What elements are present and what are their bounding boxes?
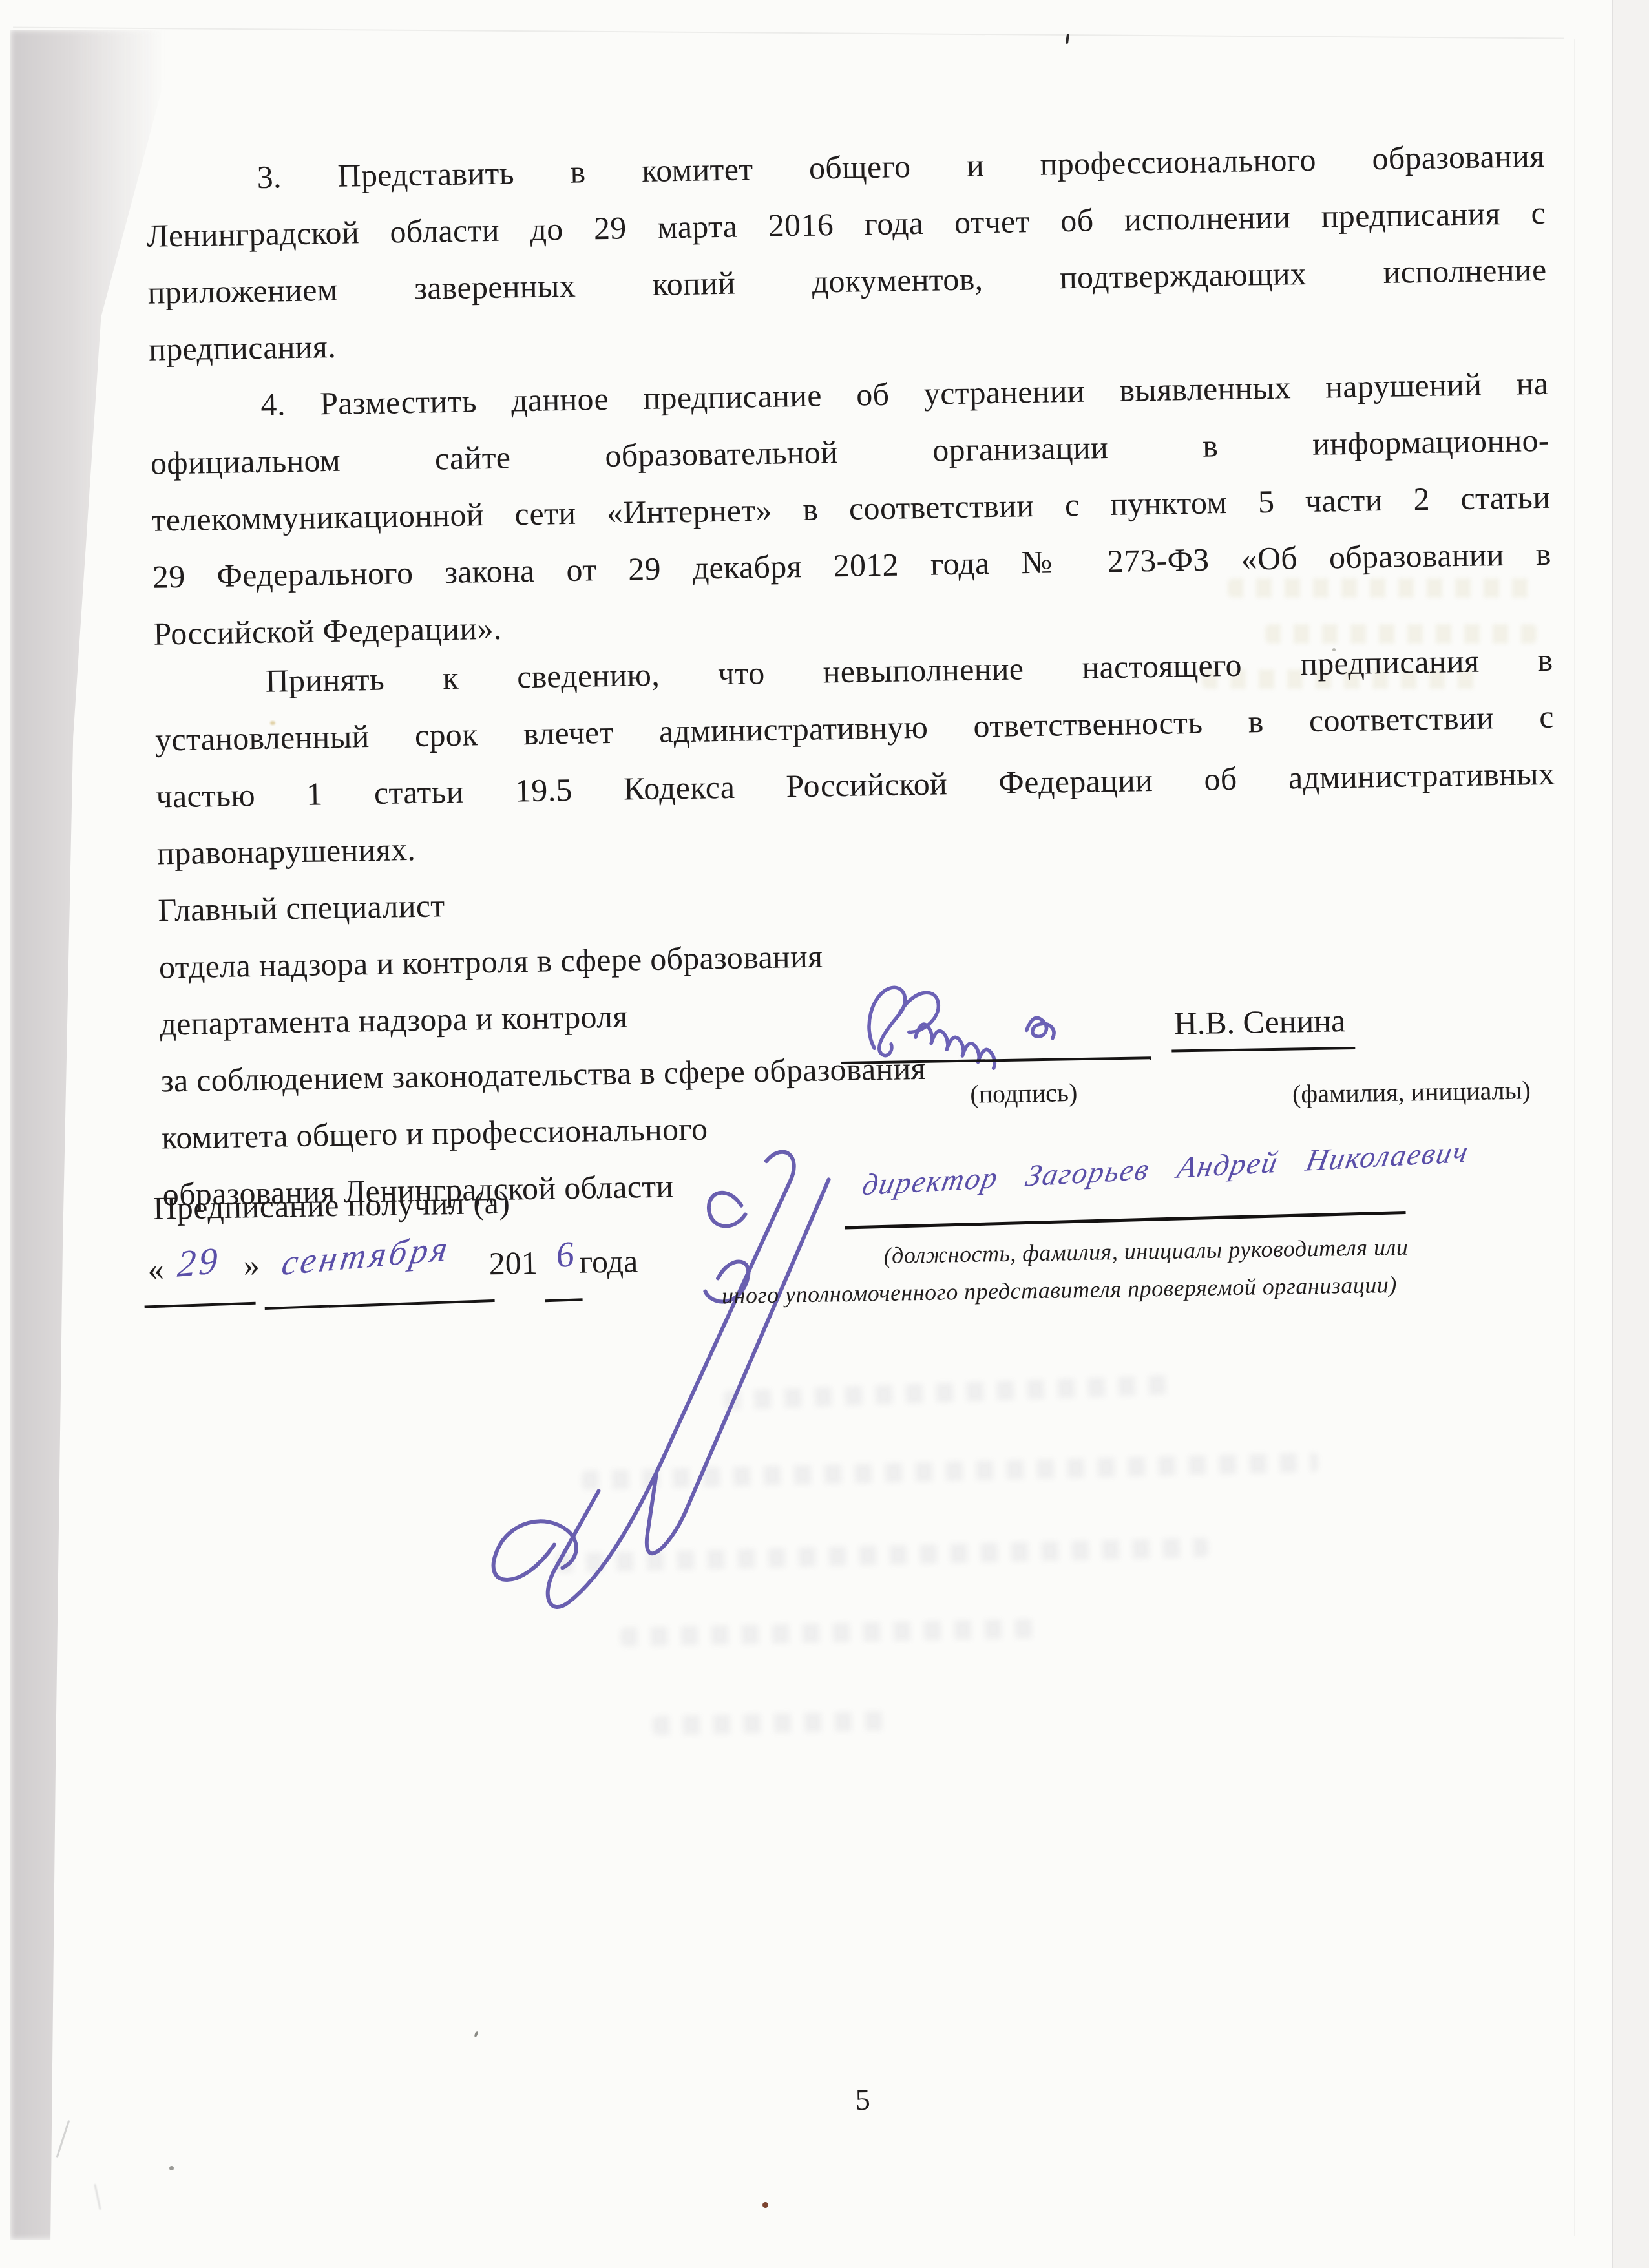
paragraph-liability: Принять к сведению, что невыполнение нас… [154, 631, 1557, 882]
scan-top-edge [13, 27, 1564, 39]
name-caption: (фамилия, инициалы) [1211, 1073, 1612, 1110]
paragraph-4: 4. Разместить данное предписание об устр… [149, 355, 1553, 662]
signature-caption: (подпись) [894, 1076, 1153, 1111]
form-underline [145, 1302, 256, 1308]
recipient-signature-ink [462, 1133, 910, 1644]
receipt-label: Предписание получил (а) [153, 1184, 510, 1227]
page-number: 5 [830, 2082, 896, 2117]
quote-mark: « [147, 1250, 164, 1288]
document-content: 3. Представить в комитет общего и профес… [97, 127, 1579, 2258]
signer-name: Н.В. Сенина [1171, 1002, 1355, 1053]
recipient-caption-line1: (должность, фамилия, инициалы руководите… [813, 1232, 1479, 1270]
handwritten-day: 29 [176, 1238, 221, 1285]
scanned-document-page: 3. Представить в комитет общего и профес… [0, 0, 1649, 2268]
handwritten-month: сентября [279, 1227, 454, 1283]
quote-mark: » [243, 1246, 260, 1283]
scan-speckle [1066, 34, 1069, 44]
paragraph-3: 3. Представить в комитет общего и профес… [145, 127, 1548, 378]
recipient-signature-line [845, 1211, 1406, 1229]
handwritten-recipient-note: директор Загорьев Андрей Николаевич [859, 1122, 1649, 1203]
form-underline [265, 1299, 495, 1310]
scan-scratch [56, 2120, 70, 2158]
scan-scratch [94, 2184, 101, 2210]
